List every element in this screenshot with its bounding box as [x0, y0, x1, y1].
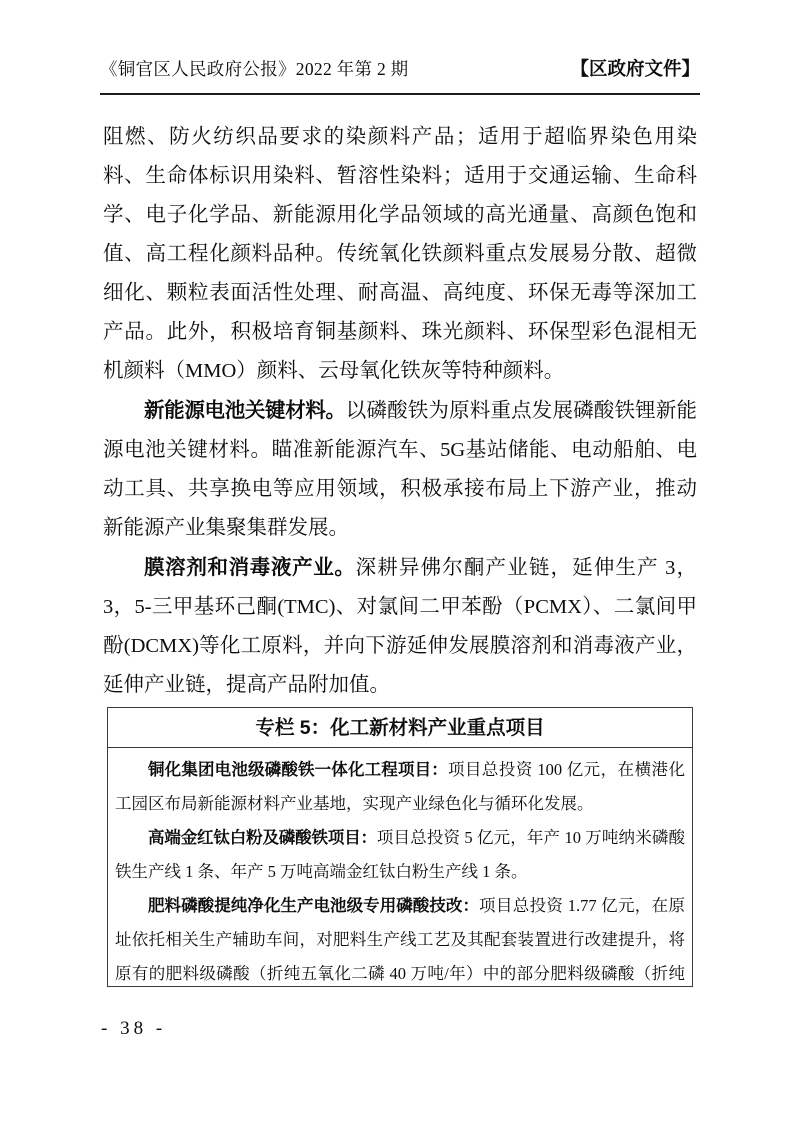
page-header: 《铜官区人民政府公报》2022 年第 2 期 【区政府文件】 — [100, 55, 700, 81]
project-item-lead: 高端金红钛白粉及磷酸铁项目： — [148, 829, 377, 847]
page-number: - 38 - — [101, 1018, 166, 1040]
project-item-lead: 肥料磷酸提纯净化生产电池级专用磷酸技改： — [148, 897, 479, 915]
special-column-title: 专栏 5：化工新材料产业重点项目 — [108, 708, 692, 748]
paragraph-text: 阻燃、防火纺织品要求的染颜料产品；适用于超临界染色用染料、生命体标识用染料、暂溶… — [103, 126, 697, 382]
paragraph-pigments: 阻燃、防火纺织品要求的染颜料产品；适用于超临界染色用染料、生命体标识用染料、暂溶… — [103, 118, 697, 391]
project-item-phosphoric-acid-upgrade: 肥料磷酸提纯净化生产电池级专用磷酸技改：项目总投资 1.77 亿元，在原址依托相… — [115, 889, 685, 987]
section-label: 【区政府文件】 — [570, 55, 700, 81]
special-column-body: 铜化集团电池级磷酸铁一体化工程项目：项目总投资 100 亿元，在横港化工园区布局… — [108, 748, 692, 987]
document-body: 阻燃、防火纺织品要求的染颜料产品；适用于超临界染色用染料、生命体标识用染料、暂溶… — [103, 118, 697, 705]
paragraph-battery-materials: 新能源电池关键材料。以磷酸铁为原料重点发展磷酸铁锂新能源电池关键材料。瞄准新能源… — [103, 391, 697, 548]
paragraph-membrane-solvent: 膜溶剂和消毒液产业。深耕异佛尔酮产业链，延伸生产 3，3，5-三甲基环己酮(TM… — [103, 548, 697, 705]
project-item-phosphate-integration: 铜化集团电池级磷酸铁一体化工程项目：项目总投资 100 亿元，在横港化工园区布局… — [115, 753, 685, 821]
project-item-titanium-dioxide: 高端金红钛白粉及磷酸铁项目：项目总投资 5 亿元，年产 10 万吨纳米磷酸铁生产… — [115, 821, 685, 889]
special-column-box: 专栏 5：化工新材料产业重点项目 铜化集团电池级磷酸铁一体化工程项目：项目总投资… — [107, 707, 693, 987]
project-item-lead: 铜化集团电池级磷酸铁一体化工程项目： — [148, 761, 448, 779]
paragraph-lead: 新能源电池关键材料。 — [144, 399, 346, 422]
header-divider — [100, 93, 700, 95]
gazette-page: 《铜官区人民政府公报》2022 年第 2 期 【区政府文件】 阻燃、防火纺织品要… — [0, 0, 793, 1122]
gazette-issue-title: 《铜官区人民政府公报》2022 年第 2 期 — [100, 56, 408, 81]
paragraph-lead: 膜溶剂和消毒液产业。 — [144, 556, 356, 579]
